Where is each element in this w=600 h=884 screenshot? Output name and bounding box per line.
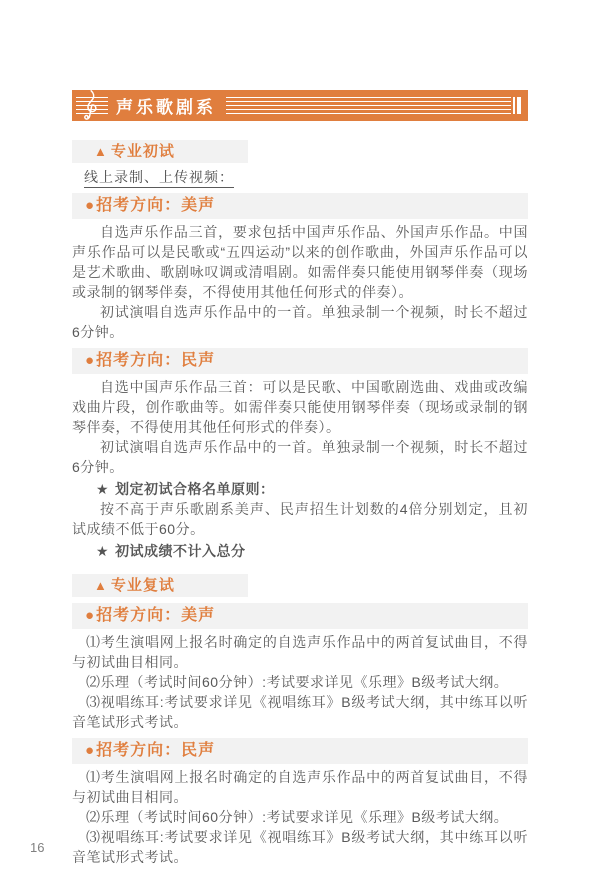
bullet-icon: ● [85, 607, 95, 624]
numbered-item: ⑴考生演唱网上报名时确定的自选声乐作品中的两首复试曲目，不得与初试曲目相同。 [72, 767, 528, 807]
direction-label: 招考方向：民声 [96, 352, 215, 369]
direction-heading-initial-belcanto: ●招考方向：美声 [72, 193, 528, 219]
numbered-item: ⑵乐理（考试时间60分钟）:考试要求详见《乐理》B级考试大纲。 [72, 807, 528, 827]
treble-clef-icon [76, 97, 108, 114]
note-score-not-counted: ★初试成绩不计入总分 [72, 541, 528, 561]
retest-belcanto-items: ⑴考生演唱网上报名时确定的自选声乐作品中的两首复试曲目，不得与初试曲目相同。 ⑵… [72, 632, 528, 732]
paragraph: 自选声乐作品三首，要求包括中国声乐作品、外国声乐作品。中国声乐作品可以是民歌或“… [72, 222, 528, 302]
star-icon: ★ [96, 481, 109, 497]
triangle-marker-icon: ▲ [94, 144, 108, 159]
numbered-item: ⑶视唱练耳:考试要求详见《视唱练耳》B级考试大纲，其中练耳以听音笔试形式考试。 [72, 692, 528, 732]
numbered-item: ⑶视唱练耳:考试要求详见《视唱练耳》B级考试大纲，其中练耳以听音笔试形式考试。 [72, 827, 528, 867]
page-content: 声乐歌剧系 ▲专业初试 线上录制、上传视频： ●招考方向：美声 自选声乐作品三首… [72, 90, 528, 867]
paragraph: 初试演唱自选声乐作品中的一首。单独录制一个视频，时长不超过6分钟。 [72, 437, 528, 477]
staff-end-barline [513, 97, 521, 114]
bullet-icon: ● [85, 742, 95, 759]
bullet-icon: ● [85, 352, 95, 369]
staff-lines-right [226, 97, 511, 114]
section-heading-initial-exam: ▲专业初试 [72, 140, 248, 163]
department-title: 声乐歌剧系 [116, 93, 216, 118]
numbered-item: ⑴考生演唱网上报名时确定的自选声乐作品中的两首复试曲目，不得与初试曲目相同。 [72, 632, 528, 672]
document-page: { "colors": { "accent": "#E07E3E", "head… [0, 0, 600, 884]
star-icon: ★ [96, 543, 109, 559]
initial-exam-label: 专业初试 [111, 143, 175, 160]
retest-exam-label: 专业复试 [111, 577, 175, 594]
direction-label: 招考方向：美声 [96, 197, 215, 214]
online-recording-note: 线上录制、上传视频： [72, 168, 528, 187]
page-number: 16 [30, 840, 44, 855]
treble-clef-glyph [84, 90, 97, 120]
note-shortlist-principle: ★划定初试合格名单原则： [72, 479, 528, 499]
department-banner: 声乐歌剧系 [72, 90, 528, 121]
retest-folk-items: ⑴考生演唱网上报名时确定的自选声乐作品中的两首复试曲目，不得与初试曲目相同。 ⑵… [72, 767, 528, 867]
paragraph: 自选中国声乐作品三首：可以是民歌、中国歌剧选曲、戏曲或改编戏曲片段，创作歌曲等。… [72, 377, 528, 437]
section-heading-retest-exam: ▲专业复试 [72, 574, 248, 597]
numbered-item: ⑵乐理（考试时间60分钟）:考试要求详见《乐理》B级考试大纲。 [72, 672, 528, 692]
direction-heading-retest-folk: ●招考方向：民声 [72, 738, 528, 764]
triangle-marker-icon: ▲ [94, 578, 108, 593]
note-shortlist-body: 按不高于声乐歌剧系美声、民声招生计划数的4倍分别划定，且初试成绩不低于60分。 [72, 499, 528, 539]
direction-heading-retest-belcanto: ●招考方向：美声 [72, 603, 528, 629]
paragraph: 初试演唱自选声乐作品中的一首。单独录制一个视频，时长不超过6分钟。 [72, 302, 528, 342]
direction-label: 招考方向：民声 [96, 742, 215, 759]
bullet-icon: ● [85, 197, 95, 214]
direction-heading-initial-folk: ●招考方向：民声 [72, 348, 528, 374]
direction-label: 招考方向：美声 [96, 607, 215, 624]
